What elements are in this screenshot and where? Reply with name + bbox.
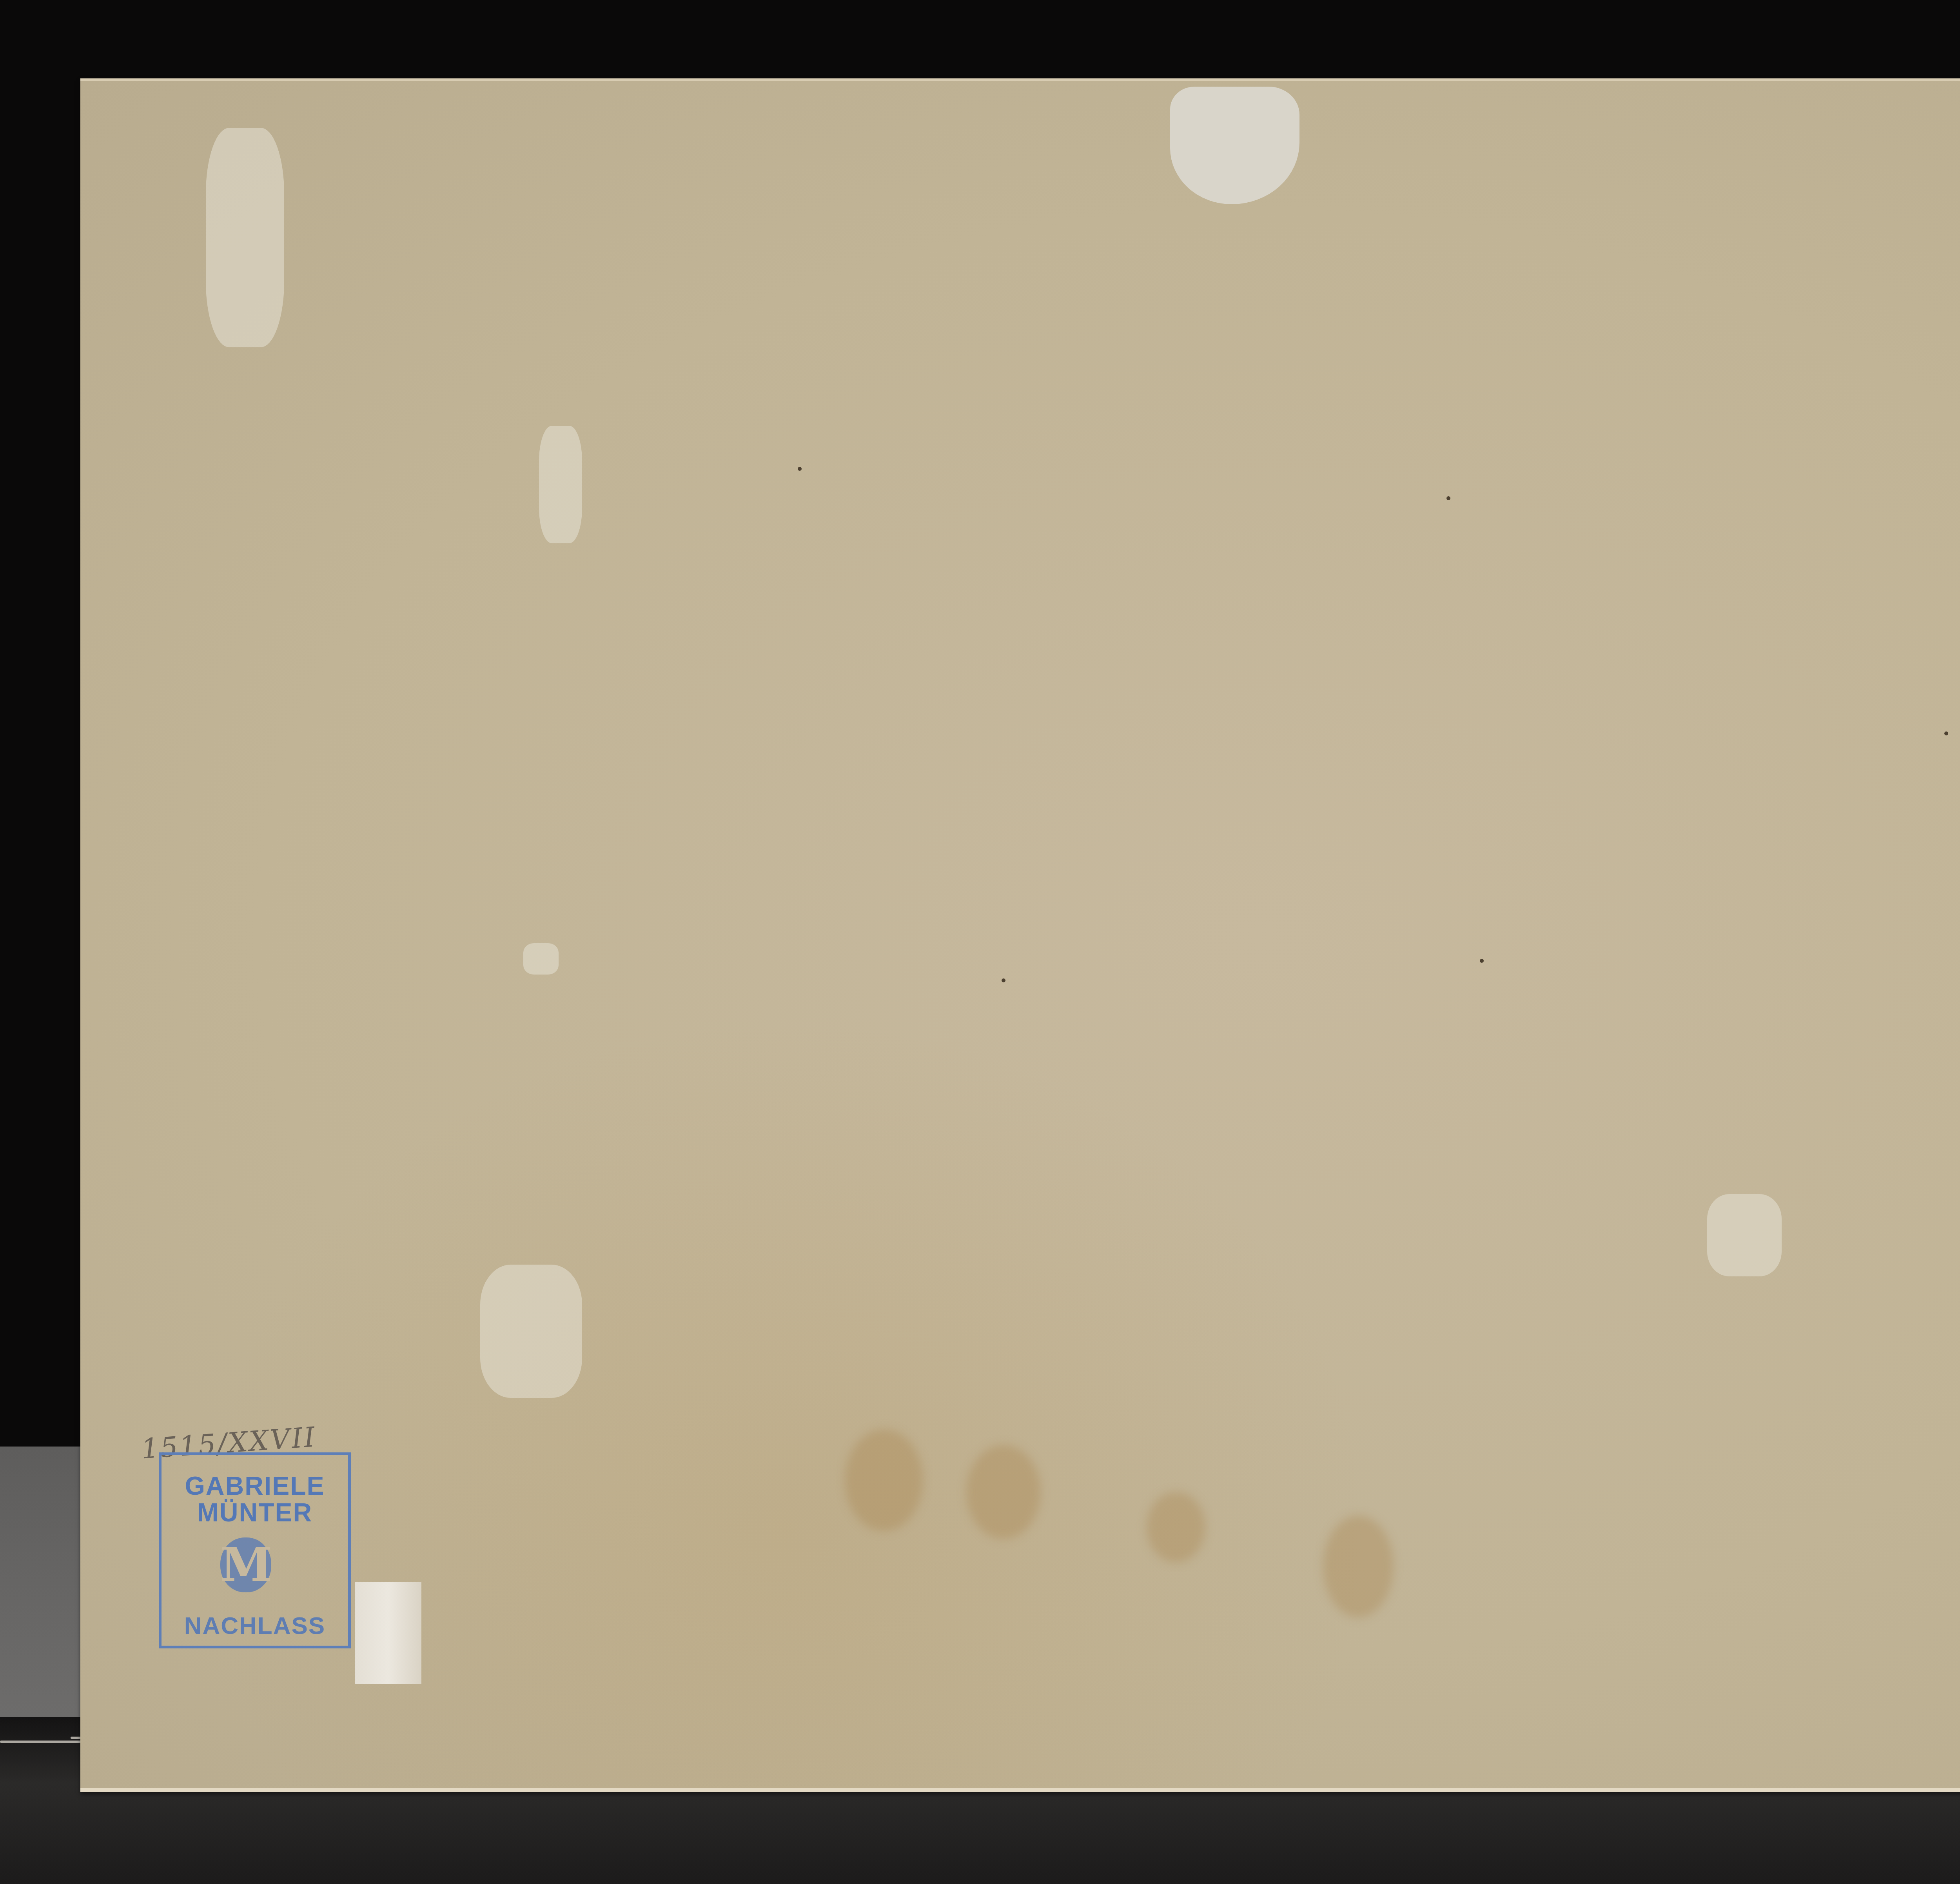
scuff-mark xyxy=(539,426,582,543)
foxing-stain xyxy=(1323,1516,1394,1617)
speck xyxy=(798,467,802,471)
foxing-stain xyxy=(845,1429,923,1531)
speck xyxy=(1002,978,1005,982)
speck xyxy=(1446,496,1450,500)
tape-residue xyxy=(355,1582,421,1684)
foxing-stain xyxy=(1147,1492,1205,1563)
foxing-stain xyxy=(966,1445,1041,1539)
estate-stamp: GABRIELE MÜNTER M NACHLASS xyxy=(159,1452,351,1648)
speck xyxy=(1944,731,1948,735)
stamp-text-first-name: GABRIELE xyxy=(162,1471,348,1501)
scuff-mark xyxy=(523,943,559,975)
cardboard-backing xyxy=(80,78,1960,1792)
scuff-mark xyxy=(480,1265,582,1398)
monogram-icon: M xyxy=(220,1537,271,1592)
stamp-text-nachlass: NACHLASS xyxy=(162,1612,348,1640)
floor-scratch xyxy=(0,1741,82,1743)
torn-paper-patch xyxy=(1170,87,1299,204)
speck xyxy=(1480,959,1484,963)
scuff-mark xyxy=(1707,1194,1782,1276)
stamp-text-last-name: MÜNTER xyxy=(162,1497,348,1527)
scuff-mark xyxy=(206,128,284,347)
